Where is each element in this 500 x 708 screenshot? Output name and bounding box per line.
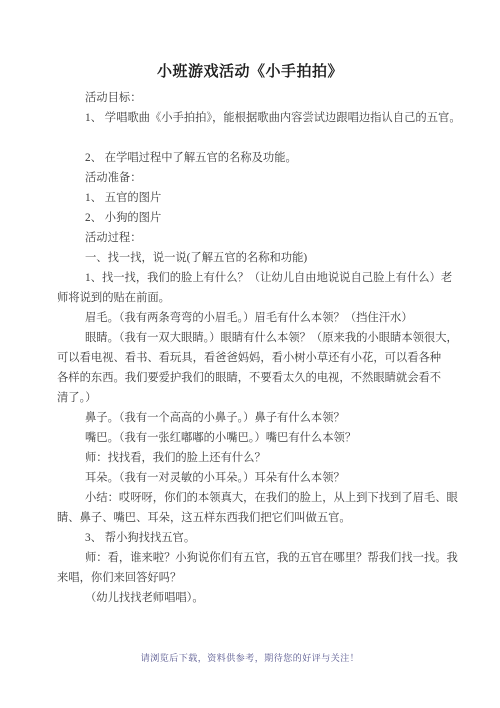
text-line: 清了。）: [57, 388, 445, 408]
text-line: 鼻子。（我有一个高高的小鼻子。）鼻子有什么本领？: [57, 408, 445, 428]
text-line: 师将说到的贴在前面。: [57, 288, 445, 308]
text-line: 嘴巴。（我有一张红嘟嘟的小嘴巴。）嘴巴有什么本领？: [57, 428, 445, 448]
text-line: 2、 小狗的图片: [57, 208, 445, 228]
text-line: 小结：哎呀呀，你们的本领真大，在我们的脸上，从上到下找到了眉毛、眼: [57, 488, 445, 508]
text-line: 眉毛。（我有两条弯弯的小眉毛。）眉毛有什么本领？（挡住汗水）: [57, 308, 445, 328]
text-line: 1、找一找，我们的脸上有什么？（让幼儿自由地说说自己脸上有什么）老: [57, 268, 445, 288]
text-line: 3、 帮小狗找找五官。: [57, 528, 445, 548]
text-line: 可以看电视、看书、看玩具，看爸爸妈妈，看小树小草还有小花，可以看各种: [57, 348, 445, 368]
text-line: 眼睛。（我有一双大眼睛。）眼睛有什么本领？（原来我的小眼睛本领很大，: [57, 328, 445, 348]
text-line: 师：找找看，我们的脸上还有什么？: [57, 448, 445, 468]
text-line: 2、 在学唱过程中了解五官的名称及功能。: [57, 148, 445, 168]
text-line: 睛、鼻子、嘴巴、耳朵，这五样东西我们把它们叫做五官。: [57, 508, 445, 528]
text-line: 活动准备：: [57, 168, 445, 188]
text-line: 1、 学唱歌曲《小手拍拍》，能根据歌曲内容尝试边跟唱边指认自己的五官。: [57, 108, 445, 128]
text-line: 活动目标：: [57, 88, 445, 108]
blank-line: [57, 128, 445, 148]
text-line: 活动过程：: [57, 228, 445, 248]
footer-note: 请浏览后下载，资料供参考，期待您的好评与关注！: [0, 651, 500, 664]
text-line: 各样的东西。我们要爱护我们的眼睛，不要看太久的电视，不然眼睛就会看不: [57, 368, 445, 388]
document-body: 活动目标：1、 学唱歌曲《小手拍拍》，能根据歌曲内容尝试边跟唱边指认自己的五官。…: [57, 88, 445, 608]
document-page: 小班游戏活动《小手拍拍》 活动目标：1、 学唱歌曲《小手拍拍》，能根据歌曲内容尝…: [0, 0, 500, 708]
text-line: 1、 五官的图片: [57, 188, 445, 208]
text-line: 师：看，谁来啦？小狗说你们有五官，我的五官在哪里？帮我们找一找。我: [57, 548, 445, 568]
text-line: （幼儿找找老师唱唱）。: [57, 588, 445, 608]
text-line: 耳朵。（我有一对灵敏的小耳朵。）耳朵有什么本领？: [57, 468, 445, 488]
text-line: 来唱，你们来回答好吗？: [57, 568, 445, 588]
document-title: 小班游戏活动《小手拍拍》: [0, 60, 500, 81]
text-line: 一、找一找，说一说(了解五官的名称和功能): [57, 248, 445, 268]
